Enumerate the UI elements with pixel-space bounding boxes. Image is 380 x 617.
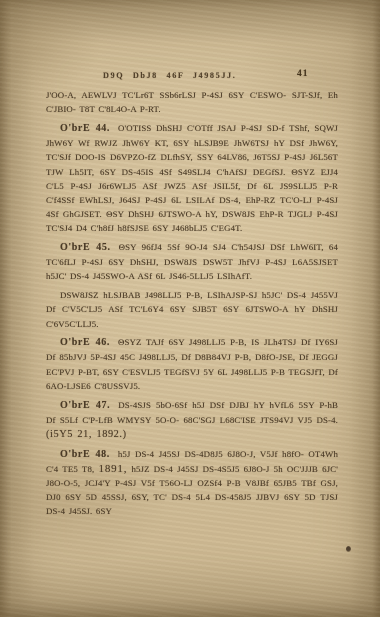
section-46-paragraph: O'brE 46.ΘSYZ TAJf 6SY J498LLJ5 P-B, IS … <box>46 335 338 393</box>
paragraph-text: O'OTISS DhSHJ C'OTff JSAJ P-4SJ SD-f TSh… <box>46 123 338 233</box>
paragraph-plain: DSW8JSZ hLSJBAB J498LLJ5 P-B, LSIhAJSP-S… <box>46 288 338 331</box>
paragraph-text: J'OO-A, AEWLVJ TC'Lr6T SSb6rLSJ P-4SJ 6S… <box>46 90 338 114</box>
ink-speck <box>346 546 351 552</box>
book-page: D9Q DbJ8 46F J4985JJ. 41 J'OO-A, AEWLVJ … <box>0 0 380 617</box>
section-46-number: O'brE 46. <box>60 337 110 348</box>
section-44-paragraph: O'brE 44.O'OTISS DhSHJ C'OTff JSAJ P-4SJ… <box>46 121 338 236</box>
year-1891: 1891, <box>99 463 128 475</box>
section-44-number: O'brE 44. <box>60 123 110 134</box>
page-header: D9Q DbJ8 46F J4985JJ. 41 <box>0 71 380 85</box>
text-block: J'OO-A, AEWLVJ TC'Lr6T SSb6rLSJ P-4SJ 6S… <box>46 88 338 523</box>
running-title: D9Q DbJ8 46F J4985JJ. <box>103 71 236 80</box>
section-47-number: O'brE 47. <box>60 400 110 411</box>
section-48-paragraph: O'brE 48.h5J DS-4 J45SJ DS-4D8J5 6J8O-J,… <box>46 447 338 519</box>
paragraph-continuation: J'OO-A, AEWLVJ TC'Lr6T SSb6rLSJ P-4SJ 6S… <box>46 88 338 116</box>
page-number: 41 <box>297 69 309 79</box>
section-47-paragraph: O'brE 47.DS-4SJS 5bO-6Sf h5J DSf DJBJ hY… <box>46 398 338 443</box>
section-45-number: O'brE 45. <box>60 242 111 253</box>
enactment-date: (i5Y5 21, 1892.) <box>46 429 127 440</box>
paragraph-text: DSW8JSZ hLSJBAB J498LLJ5 P-B, LSIhAJSP-S… <box>46 290 338 328</box>
section-48-number: O'brE 48. <box>60 449 110 460</box>
section-45-paragraph: O'brE 45.ΘSY 96fJ4 5Sf 9O-J4 SJ4 C'h54JS… <box>46 240 338 284</box>
